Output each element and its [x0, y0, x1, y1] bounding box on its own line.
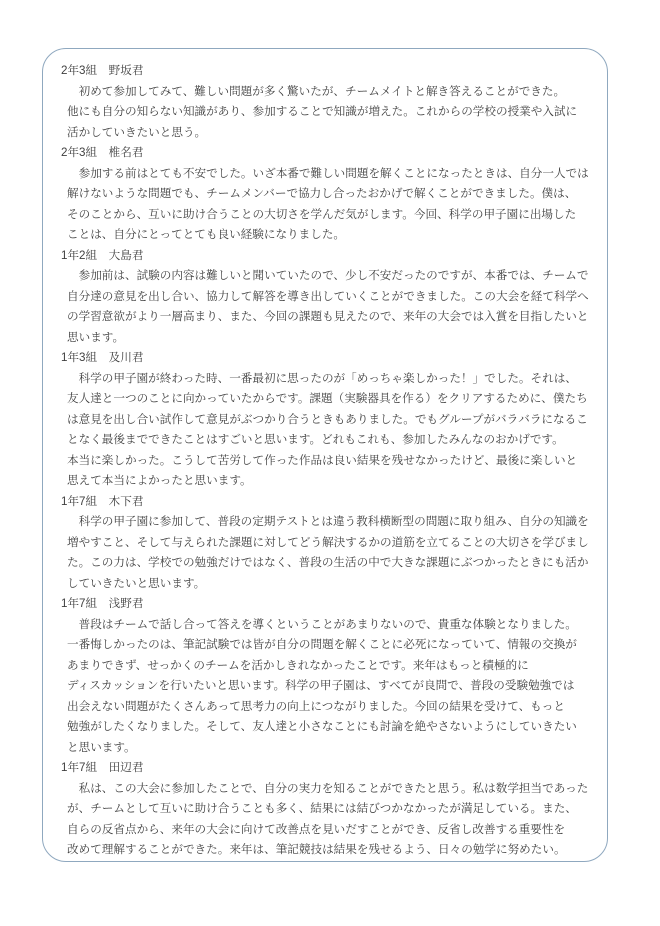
testimonial-line: 思えて本当によかったと思います。 [67, 471, 595, 492]
testimonial-line: 解けないような問題でも、チームメンバーで協力し合ったおかげで解くことができました… [67, 184, 595, 205]
testimonial-line: 出会えない問題がたくさんあって思考力の向上につながりました。今回の結果を受けて、… [67, 697, 595, 718]
testimonial-section: 2年3組 椎名君 参加する前はとても不安でした。いざ本番で難しい問題を解くことに… [61, 143, 595, 246]
testimonial-line: 活かしていきたいと思う。 [67, 123, 595, 144]
testimonial-line: が、チームとして互いに助け合うことも多く、結果には結びつかなかったが満足している… [67, 799, 595, 820]
testimonial-line: 自分達の意見を出し合い、協力して解答を導き出していくことができました。この大会を… [67, 287, 595, 308]
testimonial-line: 勉強がしたくなりました。そして、友人達と小さなことにも討論を絶やさないようにして… [67, 717, 595, 738]
page: { "colors": { "page_background": "#FFFFF… [0, 0, 660, 926]
testimonial-section: 1年2組 大島君 参加前は、試験の内容は難しいと聞いていたので、少し不安だったの… [61, 246, 595, 349]
testimonial-line: と思います。 [67, 738, 595, 759]
testimonial-line: は意見を出し合い試作して意見がぶつかり合うときもありました。でもグループがバラバ… [67, 410, 595, 431]
testimonial-line: 私は、この大会に参加したことで、自分の実力を知ることができたと思う。私は数学担当… [67, 779, 595, 800]
student-heading: 1年7組 田辺君 [61, 758, 595, 779]
testimonial-line: そのことから、互いに助け合うことの大切さを学んだ気がします。今回、科学の甲子園に… [67, 205, 595, 226]
testimonial-line: 増やすこと、そして与えられた課題に対してどう解決するかの道筋を立てることの大切さ… [67, 533, 595, 554]
testimonial-line: 参加前は、試験の内容は難しいと聞いていたので、少し不安だったのですが、本番では、… [67, 266, 595, 287]
testimonial-line: 自らの反省点から、来年の大会に向けて改善点を見いだすことができ、反省し改善する重… [67, 820, 595, 841]
testimonial-line: 科学の甲子園が終わった時、一番最初に思ったのが「めっちゃ楽しかった！」でした。そ… [67, 369, 595, 390]
testimonial-line: ことは、自分にとってとても良い経験になりました。 [67, 225, 595, 246]
testimonial-line: 友人達と一つのことに向かっていたからです。課題（実験器具を作る）をクリアするため… [67, 389, 595, 410]
student-heading: 1年2組 大島君 [61, 246, 595, 267]
testimonial-line: していきたいと思います。 [67, 574, 595, 595]
student-heading: 1年3組 及川君 [61, 348, 595, 369]
testimonial-line: た。この力は、学校での勉強だけではなく、普段の生活の中で大きな課題にぶつかったと… [67, 553, 595, 574]
testimonial-line: 他にも自分の知らない知識があり、参加することで知識が増えた。これからの学校の授業… [67, 102, 595, 123]
testimonial-card: 2年3組 野坂君 初めて参加してみて、難しい問題が多く驚いたが、チームメイトと解… [42, 48, 608, 862]
testimonial-line: 科学の甲子園に参加して、普段の定期テストとは違う教科横断型の問題に取り組み、自分… [67, 512, 595, 533]
testimonial-section: 1年7組 浅野君 普段はチームで話し合って答えを導くということがあまりないので、… [61, 594, 595, 758]
testimonial-line: あまりできず、せっかくのチームを活かしきれなかったことです。来年はもっと積極的に [67, 656, 595, 677]
testimonial-section: 1年3組 及川君 科学の甲子園が終わった時、一番最初に思ったのが「めっちゃ楽しか… [61, 348, 595, 492]
testimonial-line: 本当に楽しかった。こうして苦労して作った作品は良い結果を残せなかったけど、最後に… [67, 451, 595, 472]
student-heading: 2年3組 野坂君 [61, 61, 595, 82]
testimonial-section: 1年7組 田辺君 私は、この大会に参加したことで、自分の実力を知ることができたと… [61, 758, 595, 861]
testimonial-line: の学習意欲がより一層高まり、また、今回の課題も見えたので、来年の大会では入賞を目… [67, 307, 595, 328]
testimonial-line: 普段はチームで話し合って答えを導くということがあまりないので、貴重な体験となりま… [67, 615, 595, 636]
testimonial-line: 思います。 [67, 328, 595, 349]
testimonial-line: 初めて参加してみて、難しい問題が多く驚いたが、チームメイトと解き答えることができ… [67, 82, 595, 103]
testimonial-line: ディスカッションを行いたいと思います。科学の甲子園は、すべてが良問で、普段の受験… [67, 676, 595, 697]
testimonial-line: 改めて理解することができた。来年は、筆記競技は結果を残せるよう、日々の勉学に努め… [67, 840, 595, 861]
testimonial-section: 1年7組 木下君 科学の甲子園に参加して、普段の定期テストとは違う教科横断型の問… [61, 492, 595, 595]
testimonial-section: 2年3組 野坂君 初めて参加してみて、難しい問題が多く驚いたが、チームメイトと解… [61, 61, 595, 143]
testimonial-line: となく最後までできたことはすごいと思います。どれもこれも、参加したみんなのおかげ… [67, 430, 595, 451]
testimonial-line: 参加する前はとても不安でした。いざ本番で難しい問題を解くことになったときは、自分… [67, 164, 595, 185]
student-heading: 2年3組 椎名君 [61, 143, 595, 164]
testimonial-line: 一番悔しかったのは、筆記試験では皆が自分の問題を解くことに必死になっていて、情報… [67, 635, 595, 656]
student-heading: 1年7組 木下君 [61, 492, 595, 513]
student-heading: 1年7組 浅野君 [61, 594, 595, 615]
